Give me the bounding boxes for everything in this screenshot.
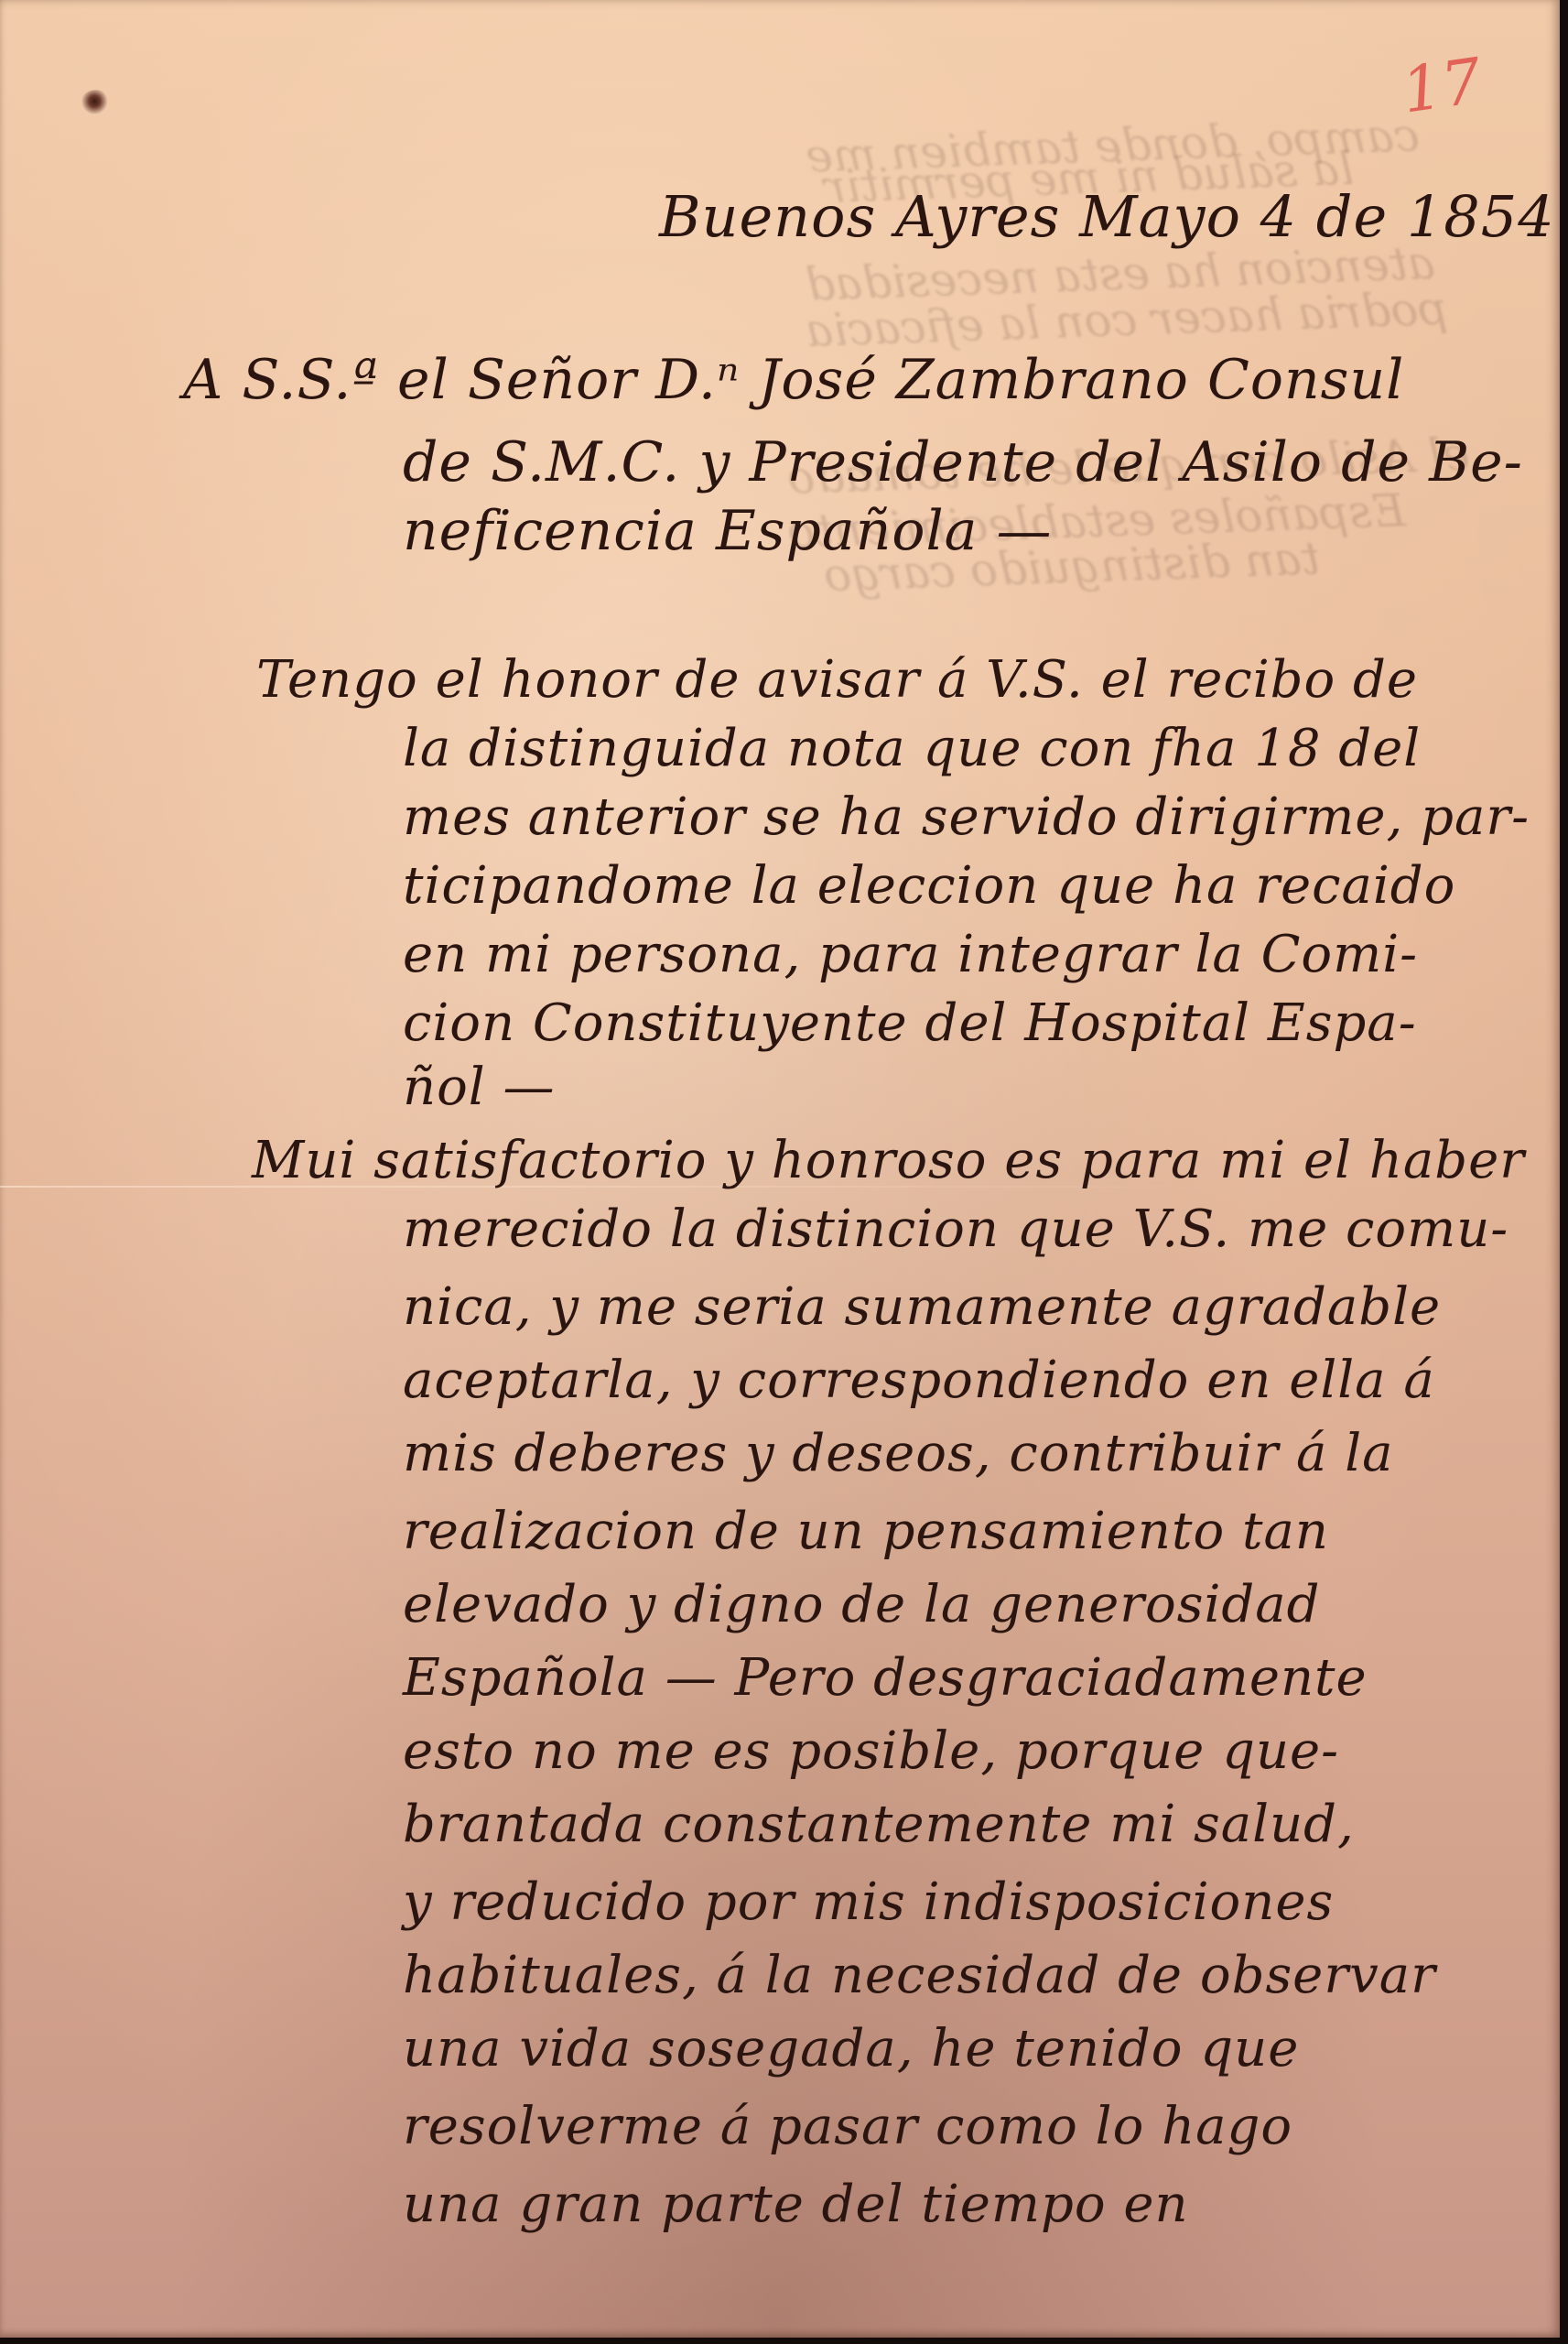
body-line: en mi persona, para integrar la Comi- [403,925,1418,984]
body-line: ticipandome la eleccion que ha recaido [403,856,1455,916]
body-line: brantada constantemente mi salud, [403,1795,1355,1854]
body-line: una vida sosegada, he tenido que [403,2019,1299,2078]
body-line: merecido la distincion que V.S. me comu- [403,1199,1509,1259]
body-line: y reducido por mis indisposiciones [403,1872,1334,1932]
addressee-line: A S.S.ª el Señor D.ⁿ José Zambrano Consu… [183,348,1404,412]
body-line: esto no me es posible, porque que- [403,1721,1339,1781]
body-line: ñol — [403,1058,556,1117]
body-line: aceptarla, y correspondiendo en ella á [403,1351,1435,1410]
page-edge-shadow [1560,0,1568,2344]
addressee-line: de S.M.C. y Presidente del Asilo de Be- [403,430,1523,494]
body-line: nica, y me seria sumamente agradable [403,1277,1441,1337]
body-line: mis deberes y deseos, contribuir á la [403,1424,1394,1483]
letter-page: 17 campo, donde tambien me la salud ni m… [0,0,1560,2338]
body-line: elevado y digno de la generosidad [403,1575,1321,1634]
body-line: Tengo el honor de avisar á V.S. el recib… [256,650,1418,710]
place-date: Buenos Ayres Mayo 4 de 1854. [659,183,1568,250]
body-line: cion Constituyente del Hospital Espa- [403,993,1417,1053]
body-line: Mui satisfactorio y honroso es para mi e… [252,1131,1525,1190]
punch-hole-icon [81,90,112,115]
body-line: mes anterior se ha servido dirigirme, pa… [403,787,1530,847]
body-line: realizacion de un pensamiento tan [403,1502,1329,1561]
addressee-line: neficencia Española — [403,499,1053,563]
body-line: habituales, á la necesidad de observar [403,1946,1436,2005]
page-edge-shadow [0,2338,1568,2344]
body-line: resolverme á pasar como lo hago [403,2097,1292,2156]
body-line: Española — Pero desgraciadamente [403,1648,1368,1708]
body-line: una gran parte del tiempo en [403,2175,1189,2234]
body-line: la distinguida nota que con fha 18 del [403,719,1421,778]
